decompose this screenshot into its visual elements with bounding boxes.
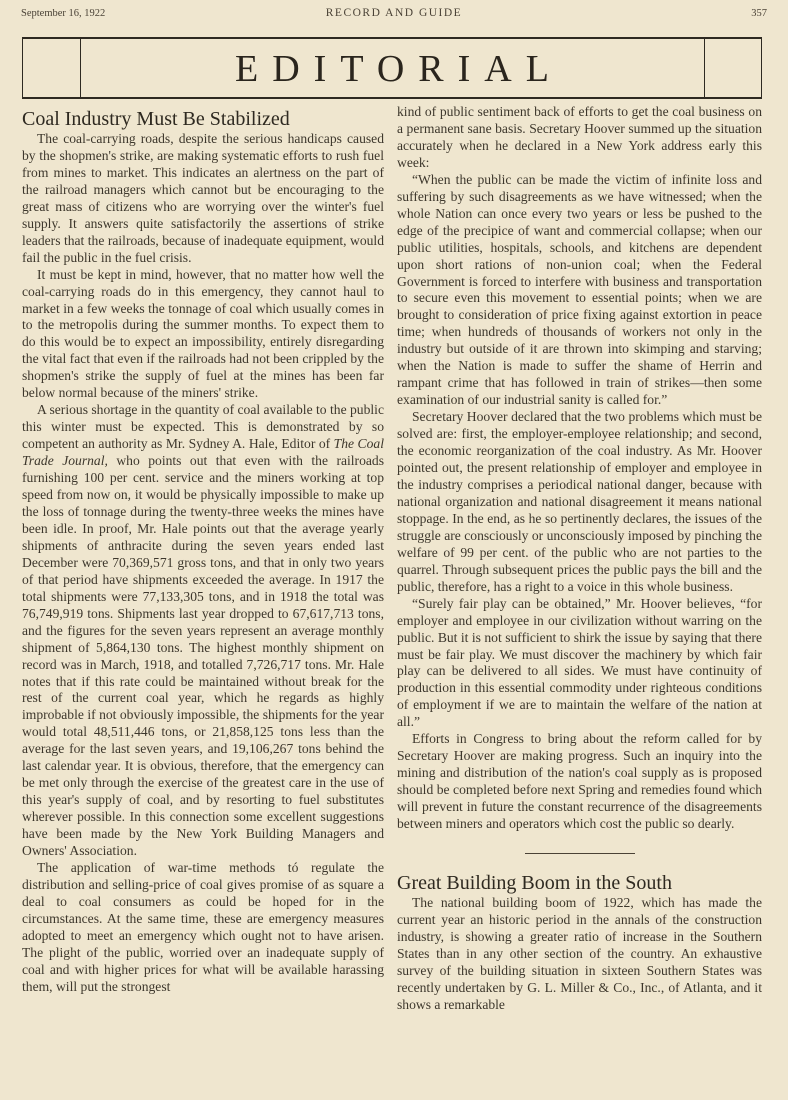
article-title-building-boom: Great Building Boom in the South xyxy=(397,872,762,894)
paragraph: “Surely fair play can be obtained,” Mr. … xyxy=(397,596,762,732)
section-title: EDITORIAL xyxy=(23,47,761,91)
paragraph: Secretary Hoover declared that the two p… xyxy=(397,409,762,595)
editorial-banner: EDITORIAL xyxy=(22,37,762,99)
publication-name: RECORD AND GUIDE xyxy=(0,7,788,19)
paragraph: The national building boom of 1922, whic… xyxy=(397,895,762,1014)
paragraph: The coal-carrying roads, despite the ser… xyxy=(22,131,384,267)
paragraph: A serious shortage in the quantity of co… xyxy=(22,402,384,860)
hoover-quote: “When the public can be made the victim … xyxy=(397,172,762,409)
paragraph: The application of war-time methods tó r… xyxy=(22,860,384,996)
left-column: Coal Industry Must Be Stabilized The coa… xyxy=(22,108,384,996)
article-separator-rule xyxy=(525,853,635,854)
page-number: 357 xyxy=(751,8,767,19)
running-head: September 16, 1922 RECORD AND GUIDE 357 xyxy=(0,6,788,22)
paragraph: Efforts in Congress to bring about the r… xyxy=(397,731,762,833)
article-title-coal: Coal Industry Must Be Stabilized xyxy=(22,108,384,130)
paragraph-continued: kind of public sentiment back of efforts… xyxy=(397,104,762,172)
paragraph: It must be kept in mind, however, that n… xyxy=(22,267,384,403)
right-column: kind of public sentiment back of efforts… xyxy=(397,104,762,1014)
